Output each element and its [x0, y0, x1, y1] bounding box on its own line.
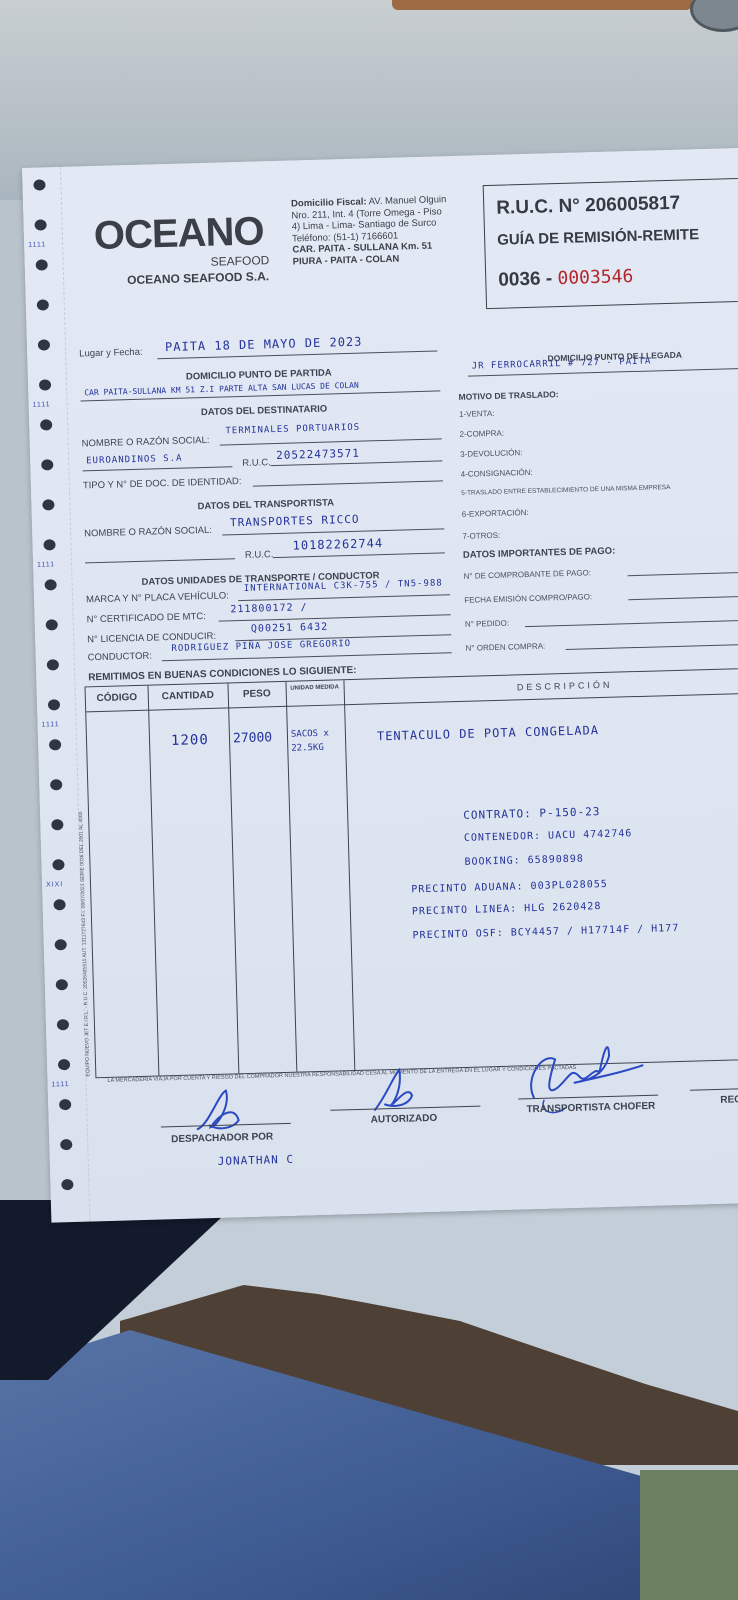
field-line: [219, 614, 451, 621]
mtc-label: N° CERTIFICADO DE MTC:: [86, 611, 205, 625]
column-header-unidad: UNIDAD MEDIDA: [285, 680, 345, 707]
destinatario-ruc-value: 20522473571: [276, 447, 360, 462]
field-line: [566, 643, 738, 650]
feed-hole-icon: [34, 219, 46, 230]
field-line: [82, 466, 232, 471]
partida-title: DOMICILIO PUNTO DE PARTIDA: [186, 367, 332, 382]
destinatario-doc-label: TIPO Y N° DE DOC. DE IDENTIDAD:: [83, 476, 242, 491]
feed-hole-icon: [61, 1179, 73, 1190]
feed-hole-icon: [47, 659, 59, 670]
column-divider: [228, 707, 239, 1073]
motivo-option: 6-EXPORTACIÓN:: [462, 508, 529, 519]
ruc-box: R.U.C. N° 206005817 GUÍA DE REMISIÓN-REM…: [483, 177, 738, 309]
column-divider: [344, 704, 355, 1070]
placa-label: MARCA Y N° PLACA VEHÍCULO:: [86, 590, 229, 605]
signature-recepcion-label: RECEPC: [720, 1094, 738, 1106]
motivo-option: 3-DEVOLUCIÓN:: [460, 448, 522, 459]
cell-descripcion: TENTACULO DE POTA CONGELADA: [377, 723, 599, 743]
motivo-option: 1-VENTA:: [459, 409, 495, 419]
partida-value: CAR PAITA-SULLANA KM 51 Z.I PARTE ALTA S…: [84, 381, 359, 398]
destinatario-name-value-1: TERMINALES PORTUARIOS: [225, 423, 360, 437]
pago-field-label: N° PEDIDO:: [465, 619, 509, 629]
note-contrato: CONTRATO: P-150-23: [463, 805, 601, 822]
note-precinto-osf: PRECINTO OSF: BCY4457 / H17714F / H177: [412, 923, 679, 941]
column-divider: [148, 710, 159, 1076]
feed-hole-icon: [58, 1059, 70, 1070]
column-header-cantidad: CANTIDAD: [148, 683, 230, 710]
licencia-value: Q00251 6432: [251, 622, 329, 635]
feed-hole-icon: [55, 939, 67, 950]
cell-unidad: SACOS x 22.5KG: [291, 726, 342, 755]
signature-despachador-label: DESPACHADOR POR: [171, 1131, 273, 1145]
feed-hole-icon: [57, 1019, 69, 1030]
motivo-option: 4-CONSIGNACIÓN:: [461, 468, 533, 479]
pago-field-label: N° DE COMPROBANTE DE PAGO:: [463, 568, 591, 581]
field-line: [222, 528, 444, 535]
address-line: AV. Manuel Olguin: [369, 194, 447, 207]
signature-despachador-icon: [188, 1084, 249, 1136]
company-logo: OCEANO: [93, 209, 264, 259]
document-series: 0036 - 0003546: [498, 266, 634, 292]
feed-hole-icon: [52, 859, 64, 870]
transportista-name-label: NOMBRE O RAZÓN SOCIAL:: [84, 525, 212, 540]
feed-hole-icon: [40, 419, 52, 430]
background-grass: [640, 1470, 738, 1600]
transportista-name-value: TRANSPORTES RICCO: [230, 513, 360, 530]
feed-hole-icon: [50, 779, 62, 790]
stub-mark: 1111: [33, 401, 51, 409]
column-header-peso: PESO: [227, 682, 287, 709]
destinatario-name-value-2: EUROANDINOS S.A: [86, 454, 183, 467]
field-line: [162, 652, 452, 661]
transportista-ruc-value: 10182262744: [292, 536, 383, 553]
feed-hole-icon: [60, 1139, 72, 1150]
field-line: [628, 595, 738, 600]
document-title: GUÍA DE REMISIÓN-REMITE: [497, 226, 699, 249]
feed-hole-icon: [37, 299, 49, 310]
llegada-title: DOMICILIO PUNTO DE LLEGADA: [547, 350, 682, 364]
feed-hole-icon: [44, 579, 56, 590]
transportista-ruc-label: R.U.C.: [245, 549, 274, 561]
feed-hole-icon: [39, 379, 51, 390]
company-address: Domicilio Fiscal: AV. Manuel Olguin Nro.…: [291, 193, 493, 268]
column-header-descripcion: DESCRIPCIÓN: [343, 668, 738, 705]
feed-hole-icon: [49, 739, 61, 750]
conductor-label: CONDUCTOR:: [88, 651, 153, 664]
feed-hole-icon: [43, 539, 55, 550]
field-line: [525, 619, 738, 627]
feed-hole-icon: [46, 619, 58, 630]
remission-guide-document: 1111 1111 1111 1111 XIXI 1111 OCEANO SEA…: [22, 147, 738, 1222]
lugar-fecha-label: Lugar y Fecha:: [79, 347, 143, 360]
signature-line: [690, 1087, 738, 1091]
stub-mark: 1111: [28, 241, 46, 249]
note-precinto-linea: PRECINTO LINEA: HLG 2620428: [412, 901, 602, 917]
company-logo-sub: SEAFOOD: [210, 253, 269, 269]
feed-hole-icon: [41, 459, 53, 470]
lugar-fecha-value: PAITA 18 DE MAYO DE 2023: [165, 335, 363, 355]
field-line: [628, 571, 738, 576]
motivo-option: 5-TRASLADO ENTRE ESTABLECIMIENTO DE UNA …: [461, 484, 670, 497]
feed-hole-icon: [48, 699, 60, 710]
pago-field-label: FECHA EMISIÓN COMPRO/PAGO:: [464, 592, 592, 605]
note-contenedor: CONTENEDOR: UACU 4742746: [464, 828, 633, 844]
note-booking: BOOKING: 65890898: [464, 854, 584, 868]
field-line: [273, 552, 445, 558]
company-legal-name: OCEANO SEAFOOD S.A.: [127, 269, 269, 287]
series-prefix: 0036 -: [498, 268, 552, 290]
note-precinto-aduana: PRECINTO ADUANA: 003PL028055: [411, 879, 608, 895]
stub-mark: 1111: [52, 1081, 70, 1089]
mtc-value: 211800172 /: [230, 602, 308, 615]
destinatario-ruc-label: R.U.C.: [242, 457, 271, 469]
stub-mark: 1111: [37, 561, 55, 569]
column-divider: [286, 706, 297, 1072]
feed-hole-icon: [51, 819, 63, 830]
ruc-number: R.U.C. N° 206005817: [496, 193, 681, 220]
motivo-option: 7-OTROS:: [462, 531, 500, 541]
document-number: 0003546: [557, 266, 633, 289]
field-line: [85, 558, 235, 563]
feed-hole-icon: [38, 339, 50, 350]
background-wood-edge: [392, 0, 692, 10]
feed-hole-icon: [33, 179, 45, 190]
destinatario-name-label: NOMBRE O RAZÓN SOCIAL:: [82, 435, 210, 450]
feed-hole-icon: [59, 1099, 71, 1110]
items-table: CÓDIGO CANTIDAD PESO UNIDAD MEDIDA DESCR…: [85, 667, 738, 1078]
field-line: [238, 594, 450, 601]
pago-field-label: N° ORDEN COMPRA:: [465, 642, 545, 653]
feed-hole-icon: [53, 899, 65, 910]
feed-hole-icon: [36, 259, 48, 270]
field-line: [220, 438, 442, 445]
column-header-codigo: CÓDIGO: [86, 686, 150, 713]
address-label: Domicilio Fiscal:: [291, 196, 367, 209]
signature-autorizado-label: AUTORIZADO: [371, 1113, 438, 1126]
destinatario-title: DATOS DEL DESTINATARIO: [201, 404, 328, 419]
motivo-title: MOTIVO DE TRASLADO:: [458, 389, 558, 402]
field-line: [253, 480, 443, 486]
pago-title: DATOS IMPORTANTES DE PAGO:: [463, 546, 616, 561]
transportista-title: DATOS DEL TRANSPORTISTA: [197, 497, 334, 512]
cell-peso: 27000: [233, 730, 273, 746]
cell-cantidad: 1200: [171, 732, 209, 749]
despachador-name: JONATHAN C: [218, 1153, 295, 1168]
feed-hole-icon: [42, 499, 54, 510]
motivo-option: 2-COMPRA:: [459, 429, 504, 439]
stub-mark: XIXI: [46, 881, 63, 888]
stub-mark: 1111: [41, 721, 59, 729]
feed-hole-icon: [56, 979, 68, 990]
